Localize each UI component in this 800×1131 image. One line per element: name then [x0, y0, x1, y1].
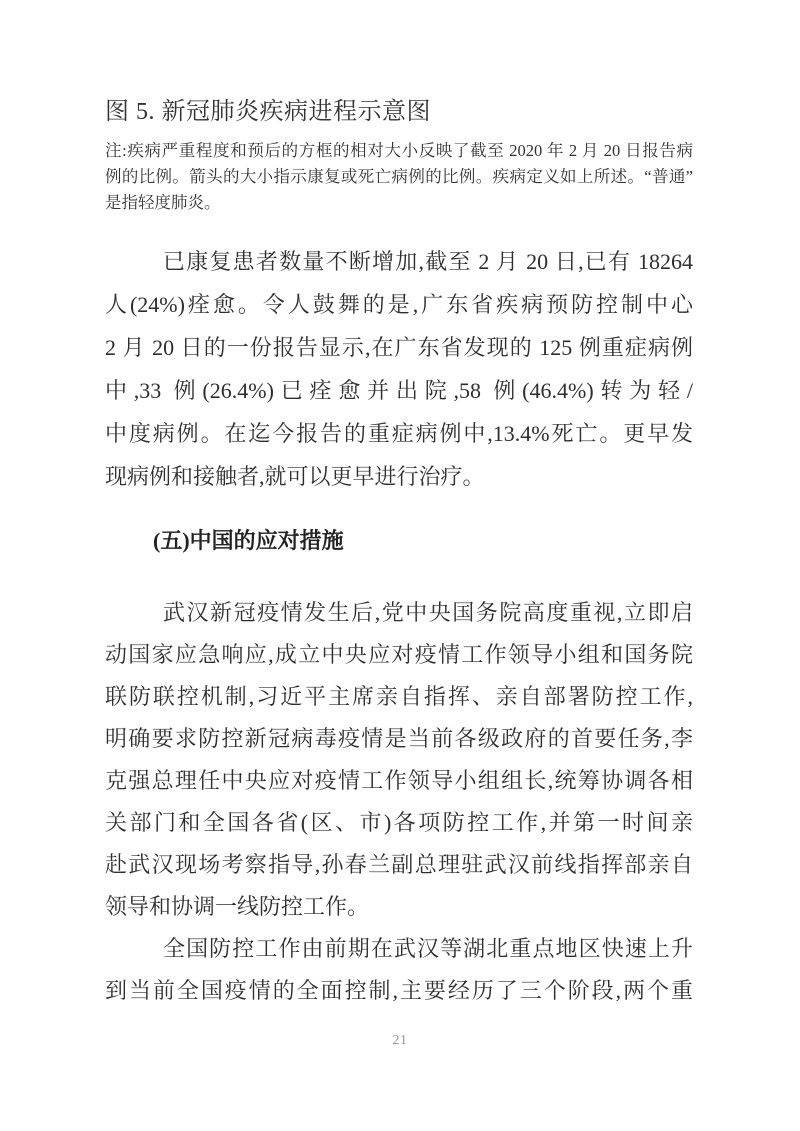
- note-line: 是指轻度肺炎。: [105, 190, 693, 216]
- page-number: 21: [0, 1031, 800, 1051]
- text-line: 联防联控机制,习近平主席亲自指挥、亲自部署防控工作,: [105, 676, 693, 718]
- text-line: 明确要求防控新冠病毒疫情是当前各级政府的首要任务,李: [105, 718, 693, 760]
- text-line: 克强总理任中央应对疫情工作领导小组组长,统筹协调各相: [105, 760, 693, 802]
- paragraph-recovery-stats: 已康复患者数量不断增加,截至 2 月 20 日,已有 18264 人(24%)痊…: [105, 240, 693, 498]
- text-line: 动国家应急响应,成立中央应对疫情工作领导小组和国务院: [105, 634, 693, 676]
- text-line: 中,33 例(26.4%)已痊愈并出院,58 例(46.4%)转为轻/: [105, 369, 693, 412]
- page-content: 图 5. 新冠肺炎疾病进程示意图 注:疾病严重程度和预后的方框的相对大小反映了截…: [105, 0, 693, 1012]
- text-line: 现病例和接触者,就可以更早进行治疗。: [105, 455, 693, 498]
- paragraph-control-stages: 全国防控工作由前期在武汉等湖北重点地区快速上升 到当前全国疫情的全面控制,主要经…: [105, 928, 693, 1012]
- text-line: 已康复患者数量不断增加,截至 2 月 20 日,已有 18264: [105, 240, 693, 283]
- note-line: 例的比例。箭头的大小指示康复或死亡病例的比例。疾病定义如上所述。“普通”: [105, 164, 693, 190]
- document-page: 图 5. 新冠肺炎疾病进程示意图 注:疾病严重程度和预后的方框的相对大小反映了截…: [0, 0, 800, 1131]
- section-heading-china-response: (五)中国的应对措施: [105, 524, 693, 557]
- text-line: 领导和协调一线防控工作。: [105, 886, 693, 928]
- paragraph-national-response: 武汉新冠疫情发生后,党中央国务院高度重视,立即启 动国家应急响应,成立中央应对疫…: [105, 592, 693, 928]
- figure-caption-title: 图 5. 新冠肺炎疾病进程示意图: [105, 96, 693, 128]
- text-line: 到当前全国疫情的全面控制,主要经历了三个阶段,两个重: [105, 970, 693, 1012]
- text-line: 全国防控工作由前期在武汉等湖北重点地区快速上升: [105, 928, 693, 970]
- text-line: 赴武汉现场考察指导,孙春兰副总理驻武汉前线指挥部亲自: [105, 844, 693, 886]
- text-line: 2 月 20 日的一份报告显示,在广东省发现的 125 例重症病例: [105, 326, 693, 369]
- text-line: 人(24%)痊愈。令人鼓舞的是,广东省疾病预防控制中心: [105, 283, 693, 326]
- text-line: 中度病例。在迄今报告的重症病例中,13.4%死亡。更早发: [105, 412, 693, 455]
- text-line: 关部门和全国各省(区、市)各项防控工作,并第一时间亲: [105, 802, 693, 844]
- text-line: 武汉新冠疫情发生后,党中央国务院高度重视,立即启: [105, 592, 693, 634]
- figure-caption-note: 注:疾病严重程度和预后的方框的相对大小反映了截至 2020 年 2 月 20 日…: [105, 138, 693, 216]
- note-line: 注:疾病严重程度和预后的方框的相对大小反映了截至 2020 年 2 月 20 日…: [105, 138, 693, 164]
